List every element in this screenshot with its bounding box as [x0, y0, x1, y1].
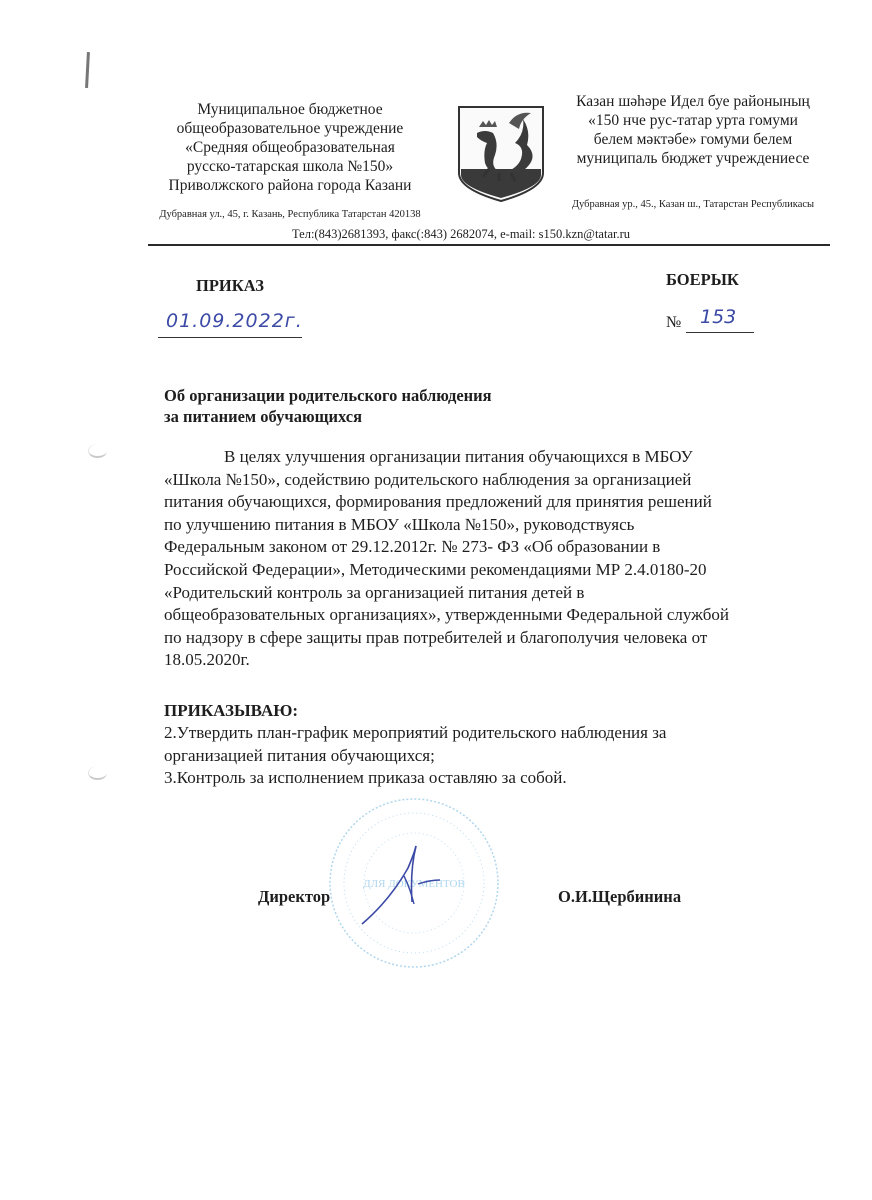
- body-line: В целях улучшения организации питания об…: [164, 446, 864, 469]
- signer-position: Директор: [258, 887, 330, 907]
- org-address: Дубравная ул., 45, г. Казань, Республика…: [140, 205, 440, 224]
- order-preamble: В целях улучшения организации питания об…: [164, 446, 864, 672]
- punch-hole-mark: [88, 444, 107, 458]
- org-name-line: русско-татарская школа №150»: [140, 157, 440, 176]
- org-name-tt-line: белем мәктәбе» гомуми белем: [548, 130, 838, 149]
- header-left-block: Муниципальное бюджетное общеобразователь…: [140, 100, 440, 224]
- body-line: по улучшению питания в МБОУ «Школа №150»…: [164, 514, 864, 537]
- body-line: «Школа №150», содействию родительского н…: [164, 469, 864, 492]
- number-underline: [686, 332, 754, 333]
- kazan-coat-of-arms-icon: [455, 103, 547, 203]
- contacts-line: Тел:(843)2681393, факс(:843) 2682074, e-…: [292, 227, 630, 242]
- body-line: Федеральным законом от 29.12.2012г. № 27…: [164, 536, 864, 559]
- body-line: по надзору в сфере защиты прав потребите…: [164, 627, 864, 650]
- order-title-tt: БОЕРЫК: [666, 270, 739, 290]
- order-date: 01.09.2022г.: [166, 310, 303, 332]
- order-number: 153: [700, 306, 736, 328]
- order-title-ru: ПРИКАЗ: [196, 276, 264, 296]
- body-line: «Родительский контроль за организацией п…: [164, 582, 864, 605]
- date-underline: [158, 337, 302, 338]
- pen-mark: [85, 52, 90, 88]
- signer-name: О.И.Щербинина: [558, 887, 681, 907]
- order-number-label: №: [666, 314, 681, 332]
- directive-item: организацией питания обучающихся;: [164, 745, 666, 768]
- directive-items: 2.Утвердить план-график мероприятий роди…: [164, 722, 666, 790]
- org-name-line: «Средняя общеобразовательная: [140, 138, 440, 157]
- org-name-line: Приволжского района города Казани: [140, 176, 440, 195]
- org-name-tt-line: муниципаль бюджет учреждениесе: [548, 149, 838, 168]
- order-subject: Об организации родительского наблюдения …: [164, 385, 492, 427]
- body-line: 18.05.2020г.: [164, 649, 864, 672]
- subject-line: Об организации родительского наблюдения: [164, 385, 492, 406]
- directive-item: 3.Контроль за исполнением приказа оставл…: [164, 767, 666, 790]
- directive-item: 2.Утвердить план-график мероприятий роди…: [164, 722, 666, 745]
- org-name-line: Муниципальное бюджетное: [140, 100, 440, 119]
- subject-line: за питанием обучающихся: [164, 406, 492, 427]
- body-line: Российской Федерации», Методическими рек…: [164, 559, 864, 582]
- header-divider: [148, 244, 830, 246]
- org-address-tt: Дубравная ур., 45., Казан ш., Татарстан …: [548, 195, 838, 214]
- directive-heading: ПРИКАЗЫВАЮ:: [164, 701, 298, 721]
- body-line: общеобразовательных организациях», утвер…: [164, 604, 864, 627]
- signature-icon: [360, 840, 460, 930]
- org-name-line: общеобразовательное учреждение: [140, 119, 440, 138]
- body-line: питания обучающихся, формирования предло…: [164, 491, 864, 514]
- org-name-tt-line: «150 нче рус-татар урта гомуми: [548, 111, 838, 130]
- org-name-tt-line: Казан шәһәре Идел буе районының: [548, 92, 838, 111]
- punch-hole-mark: [88, 766, 107, 780]
- header-right-block: Казан шәһәре Идел буе районының «150 нче…: [548, 92, 838, 214]
